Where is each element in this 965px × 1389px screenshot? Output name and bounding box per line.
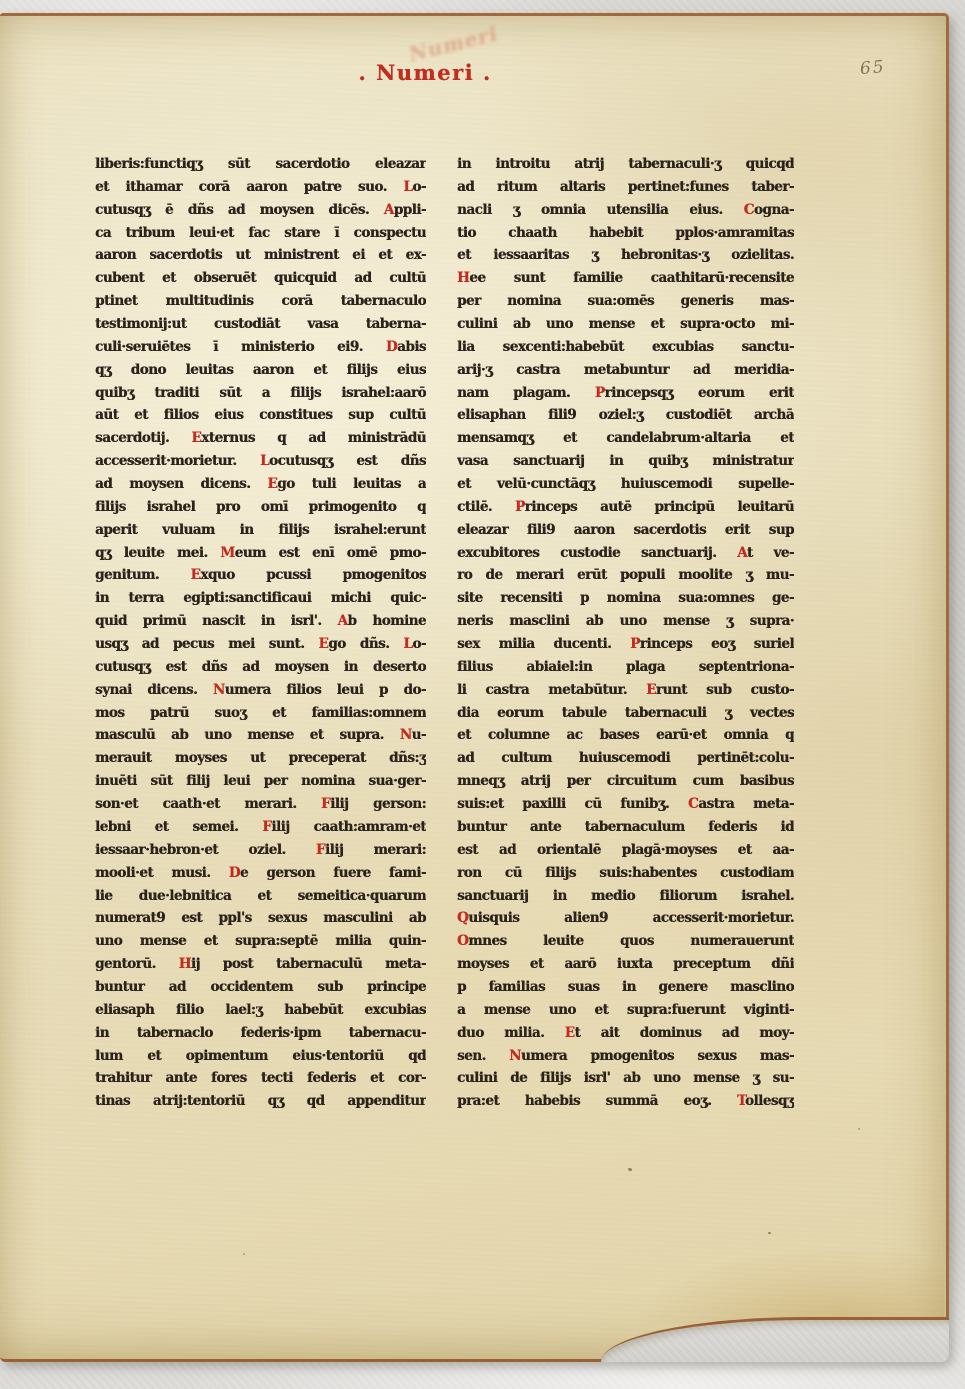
text-line: lum et opimentum eius·tentoriū qd: [95, 1045, 426, 1068]
text-run: abis: [397, 339, 426, 355]
text-run: umera pmogenitos sexus mas-: [521, 1048, 794, 1064]
text-line: et velū·cunctāqʒ huiuscemodi supelle-: [457, 473, 794, 496]
rubricated-initial: D: [229, 865, 240, 881]
running-title: . Numeri .: [300, 60, 550, 85]
text-line: uno mense et supra:septē milia quin-: [95, 930, 426, 953]
text-run: aaron sacerdotis ut ministrent ei et ex-: [95, 247, 426, 263]
rubricated-initial: E: [318, 636, 328, 652]
text-line: iessaar·hebron·et oziel. Filij merari:: [95, 839, 426, 862]
text-run: t ait dominus ad moy-: [575, 1025, 795, 1041]
rubricated-initial: C: [744, 202, 754, 218]
text-line: mooli·et musi. De gerson fuere fami-: [95, 862, 426, 885]
text-line: filius abiaiel:in plaga septentriona-: [457, 656, 794, 679]
text-run: t ve-: [747, 545, 794, 561]
corner-stain: [614, 1239, 944, 1325]
text-run: o-: [412, 636, 426, 652]
text-run: culini ab uno mense et supra·octo mi-: [457, 316, 794, 332]
text-run: in terra egipti:sanctificaui michi quic-: [95, 590, 426, 606]
ink-speck: [768, 1232, 771, 1234]
text-run: inuēti sūt filij leui per nomina sua·ger…: [95, 773, 426, 789]
text-line: buntur ante tabernaculum federis id: [457, 816, 794, 839]
rubricated-initial: E: [267, 476, 277, 492]
text-run: nacli ʒ omnia utensilia eius.: [457, 202, 744, 218]
text-line: sanctuarij in medio filiorum israhel.: [457, 885, 794, 908]
text-run: merauit moyses ut preceperat dñs:ʒ: [95, 750, 426, 766]
text-run: e gerson fuere fami-: [240, 865, 426, 881]
text-run: ilij caath:amram·et: [271, 819, 426, 835]
text-run: dia eorum tabule tabernaculi ʒ vectes: [457, 705, 794, 721]
text-run: ad cultum huiuscemodi pertinēt:colu-: [457, 750, 794, 766]
text-line: sen. Numera pmogenitos sexus mas-: [457, 1045, 794, 1068]
text-run: in introitu atrij tabernaculi·ʒ quicqd: [457, 156, 794, 172]
text-line: numerat9 est ppl's sexus masculini ab: [95, 907, 426, 930]
text-line: ro de merari erūt populi moolite ʒ mu-: [457, 564, 794, 587]
text-column-right: in introitu atrij tabernaculi·ʒ quicqdad…: [457, 153, 794, 1113]
text-run: suis:et paxilli cū funibʒ.: [457, 796, 688, 812]
text-run: uno mense et supra:septē milia quin-: [95, 933, 426, 949]
text-run: testimonij:ut custodiāt vasa taberna-: [95, 316, 426, 332]
text-run: li castra metabūtur.: [457, 682, 646, 698]
text-run: ogna-: [754, 202, 794, 218]
text-run: xternus q ad ministrādū: [201, 430, 426, 446]
text-line: elisaphan fili9 oziel:ʒ custodiēt archā: [457, 404, 794, 427]
text-run: arij·ʒ castra metabuntur ad meridia-: [457, 362, 794, 378]
text-run: a mense uno et supra:fuerunt viginti-: [457, 1002, 794, 1018]
rubricated-initial: O: [457, 933, 468, 949]
text-run: astra meta-: [698, 796, 794, 812]
rubricated-initial: N: [509, 1048, 521, 1064]
text-run: ppli-: [394, 202, 426, 218]
text-run: liberis:functiqʒ sūt sacerdotio eleazar: [95, 156, 426, 172]
text-run: gentorū.: [95, 956, 179, 972]
text-run: et iessaaritas ʒ hebronitas·ʒ ozielitas.: [457, 247, 794, 263]
text-run: lebni et semei.: [95, 819, 262, 835]
text-run: usqʒ ad pecus mei sunt.: [95, 636, 318, 652]
text-line: Quisquis alien9 accesserit·morietur.: [457, 907, 794, 930]
text-run: mooli·et musi.: [95, 865, 229, 881]
text-line: lia sexcenti:habebūt excubias sanctu-: [457, 336, 794, 359]
text-run: rincepsqʒ eorum erit: [605, 385, 794, 401]
ink-speck: [858, 1128, 860, 1130]
text-run: rinceps autē principū leuitarū: [525, 499, 794, 515]
text-line: cubent et obseruēt quicquid ad cultū: [95, 267, 426, 290]
text-run: cutusqʒ est dñs ad moysen in deserto: [95, 659, 426, 675]
rubricated-initial: L: [260, 453, 269, 469]
text-run: accesserit·morietur.: [95, 453, 260, 469]
text-run: quid primū nascit in isrl'.: [95, 613, 337, 629]
text-run: p familias suas in genere masclino: [457, 979, 794, 995]
text-line: p familias suas in genere masclino: [457, 976, 794, 999]
text-run: cutusqʒ ē dñs ad moysen dicēs.: [95, 202, 384, 218]
text-line: aaron sacerdotis ut ministrent ei et ex-: [95, 244, 426, 267]
text-run: rinceps eoʒ suriel: [640, 636, 794, 652]
text-run: runt sub custo-: [656, 682, 794, 698]
text-run: eliasaph filio lael:ʒ habebūt excubias: [95, 1002, 426, 1018]
text-run: pra:et habebis summā eoʒ.: [457, 1093, 737, 1109]
text-run: genitum.: [95, 567, 191, 583]
text-run: lum et opimentum eius·tentoriū qd: [95, 1048, 426, 1064]
text-line: in terra egipti:sanctificaui michi quic-: [95, 587, 426, 610]
text-run: lie due·lebnitica et semeitica·quarum: [95, 888, 426, 904]
text-line: eliasaph filio lael:ʒ habebūt excubias: [95, 999, 426, 1022]
rubricated-initial: A: [384, 202, 394, 218]
text-line: duo milia. Et ait dominus ad moy-: [457, 1022, 794, 1045]
text-run: umera filios leui p do-: [225, 682, 426, 698]
rubricated-initial: Q: [457, 910, 468, 926]
text-line: aūt et filios eius constitues sup cultū: [95, 404, 426, 427]
text-run: nam plagam.: [457, 385, 595, 401]
rubricated-initial: T: [737, 1093, 745, 1109]
text-run: excubitores custodie sanctuarij.: [457, 545, 737, 561]
folio-number: 65: [859, 57, 886, 79]
text-run: tio chaath habebit pplos·amramitas: [457, 225, 794, 241]
text-run: moyses et aarō iuxta preceptum dñi: [457, 956, 794, 972]
text-line: usqʒ ad pecus mei sunt. Ego dñs. Lo-: [95, 633, 426, 656]
text-run: b homine: [347, 613, 426, 629]
text-run: tinas atrij:tentoriū qʒ qd appenditur: [95, 1093, 426, 1109]
text-line: ca tribum leui·et fac stare ī conspectu: [95, 222, 426, 245]
text-line: nam plagam. Princepsqʒ eorum erit: [457, 382, 794, 405]
ink-speck: [243, 1253, 245, 1255]
text-line: moyses et aarō iuxta preceptum dñi: [457, 953, 794, 976]
text-run: go tuli leuitas a: [277, 476, 426, 492]
text-line: accesserit·morietur. Locutusqʒ est dñs: [95, 450, 426, 473]
rubricated-initial: E: [646, 682, 656, 698]
text-run: mnes leuite quos numerauerunt: [468, 933, 794, 949]
rubricated-initial: N: [400, 727, 412, 743]
text-line: mneqʒ atrij per circuitum cum basibus: [457, 770, 794, 793]
text-run: numerat9 est ppl's sexus masculini ab: [95, 910, 426, 926]
text-line: buntur ad occidentem sub principe: [95, 976, 426, 999]
text-line: quibʒ traditi sūt a filijs israhel:aarō: [95, 382, 426, 405]
text-run: culini de filijs isrl' ab uno mense ʒ su…: [457, 1070, 794, 1086]
text-line: culini ab uno mense et supra·octo mi-: [457, 313, 794, 336]
text-run: sanctuarij in medio filiorum israhel.: [457, 888, 794, 904]
text-line: est ad orientalē plagā·moyses et aa-: [457, 839, 794, 862]
text-line: cutusqʒ est dñs ad moysen in deserto: [95, 656, 426, 679]
text-line: et iessaaritas ʒ hebronitas·ʒ ozielitas.: [457, 244, 794, 267]
text-line: filijs israhel pro omī primogenito q: [95, 496, 426, 519]
text-run: filius abiaiel:in plaga septentriona-: [457, 659, 794, 675]
text-run: site recensiti p nomina sua:omnes ge-: [457, 590, 794, 606]
text-run: xquo pcussi pmogenitos: [200, 567, 426, 583]
rubricated-initial: A: [337, 613, 347, 629]
text-line: per nomina sua:omēs generis mas-: [457, 290, 794, 313]
text-run: aperit vuluam in filijs israhel:erunt: [95, 522, 426, 538]
text-run: ilij gerson:: [330, 796, 426, 812]
text-run: buntur ante tabernaculum federis id: [457, 819, 794, 835]
text-line: mos patrū suoʒ et familias:omnem: [95, 702, 426, 725]
text-run: ee sunt familie caathitarū·recensite: [469, 270, 794, 286]
text-line: culini de filijs isrl' ab uno mense ʒ su…: [457, 1067, 794, 1090]
text-run: lia sexcenti:habebūt excubias sanctu-: [457, 339, 794, 355]
text-run: trahitur ante fores tecti federis et cor…: [95, 1070, 426, 1086]
text-line: Omnes leuite quos numerauerunt: [457, 930, 794, 953]
text-run: o-: [412, 179, 426, 195]
text-line: lie due·lebnitica et semeitica·quarum: [95, 885, 426, 908]
text-line: suis:et paxilli cū funibʒ. Castra meta-: [457, 793, 794, 816]
text-line: excubitores custodie sanctuarij. At ve-: [457, 542, 794, 565]
text-run: masculū ab uno mense et supra.: [95, 727, 400, 743]
text-line: culi·seruiētes ī ministerio ei9. Dabis: [95, 336, 426, 359]
text-run: ctilē.: [457, 499, 515, 515]
text-run: sacerdotij.: [95, 430, 191, 446]
text-line: quid primū nascit in isrl'. Ab homine: [95, 610, 426, 633]
rubricated-initial: P: [515, 499, 525, 515]
text-run: culi·seruiētes ī ministerio ei9.: [95, 339, 386, 355]
text-line: testimonij:ut custodiāt vasa taberna-: [95, 313, 426, 336]
text-run: neris masclini ab uno mense ʒ supra·: [457, 613, 794, 629]
text-run: go dñs.: [328, 636, 403, 652]
text-run: cubent et obseruēt quicquid ad cultū: [95, 270, 426, 286]
rubricated-initial: A: [737, 545, 747, 561]
text-line: gentorū. Hij post tabernaculū meta-: [95, 953, 426, 976]
text-line: dia eorum tabule tabernaculi ʒ vectes: [457, 702, 794, 725]
text-run: ro de merari erūt populi moolite ʒ mu-: [457, 567, 794, 583]
text-line: ad moysen dicens. Ego tuli leuitas a: [95, 473, 426, 496]
text-run: vasa sanctuarij in quibʒ ministratur: [457, 453, 794, 469]
text-run: eum est enī omē pmo-: [235, 545, 426, 561]
text-run: per nomina sua:omēs generis mas-: [457, 293, 794, 309]
rubricated-initial: E: [191, 430, 201, 446]
text-run: uisquis alien9 accesserit·morietur.: [468, 910, 794, 926]
text-line: arij·ʒ castra metabuntur ad meridia-: [457, 359, 794, 382]
rubricated-initial: H: [457, 270, 469, 286]
rubricated-initial: C: [688, 796, 698, 812]
text-line: mensamqʒ et candelabrum·altaria et: [457, 427, 794, 450]
text-run: mensamqʒ et candelabrum·altaria et: [457, 430, 794, 446]
rubricated-initial: P: [630, 636, 640, 652]
text-run: et velū·cunctāqʒ huiuscemodi supelle-: [457, 476, 794, 492]
text-run: filijs israhel pro omī primogenito q: [95, 499, 426, 515]
text-run: ollesqʒ: [745, 1093, 794, 1109]
text-line: liberis:functiqʒ sūt sacerdotio eleazar: [95, 153, 426, 176]
text-line: ptinet multitudinis corā tabernaculo: [95, 290, 426, 313]
rubricated-initial: E: [565, 1025, 575, 1041]
text-line: nacli ʒ omnia utensilia eius. Cogna-: [457, 199, 794, 222]
text-line: a mense uno et supra:fuerunt viginti-: [457, 999, 794, 1022]
text-line: tio chaath habebit pplos·amramitas: [457, 222, 794, 245]
rubricated-initial: F: [316, 842, 325, 858]
rubricated-initial: E: [191, 567, 201, 583]
text-line: cutusqʒ ē dñs ad moysen dicēs. Appli-: [95, 199, 426, 222]
rubricated-initial: M: [220, 545, 234, 561]
text-run: ad ritum altaris pertinet:funes taber-: [457, 179, 794, 195]
text-line: ctilē. Princeps autē principū leuitarū: [457, 496, 794, 519]
text-run: duo milia.: [457, 1025, 565, 1041]
text-line: genitum. Exquo pcussi pmogenitos: [95, 564, 426, 587]
rubricated-initial: H: [179, 956, 191, 972]
text-line: vasa sanctuarij in quibʒ ministratur: [457, 450, 794, 473]
text-line: in tabernaclo federis·ipm tabernacu-: [95, 1022, 426, 1045]
text-line: aperit vuluam in filijs israhel:erunt: [95, 519, 426, 542]
manuscript-photo: { "page": { "running_title": ". Numeri .…: [0, 0, 965, 1389]
text-line: lebni et semei. Filij caath:amram·et: [95, 816, 426, 839]
text-run: et columne ac bases earū·et omnia q: [457, 727, 794, 743]
text-line: merauit moyses ut preceperat dñs:ʒ: [95, 747, 426, 770]
text-run: ad moysen dicens.: [95, 476, 267, 492]
text-run: ilij merari:: [325, 842, 426, 858]
text-line: site recensiti p nomina sua:omnes ge-: [457, 587, 794, 610]
text-run: iessaar·hebron·et oziel.: [95, 842, 316, 858]
text-line: tinas atrij:tentoriū qʒ qd appenditur: [95, 1090, 426, 1113]
text-run: ptinet multitudinis corā tabernaculo: [95, 293, 426, 309]
text-line: in introitu atrij tabernaculi·ʒ quicqd: [457, 153, 794, 176]
text-line: Hee sunt familie caathitarū·recensite: [457, 267, 794, 290]
text-line: masculū ab uno mense et supra. Nu-: [95, 724, 426, 747]
text-run: synai dicens.: [95, 682, 213, 698]
text-run: elisaphan fili9 oziel:ʒ custodiēt archā: [457, 407, 794, 423]
text-run: mneqʒ atrij per circuitum cum basibus: [457, 773, 794, 789]
text-run: qʒ dono leuitas aaron et filijs eius: [95, 362, 426, 378]
text-line: ron cū filijs suis:habentes custodiam: [457, 862, 794, 885]
text-run: sex milia ducenti.: [457, 636, 630, 652]
text-run: qʒ leuite mei.: [95, 545, 220, 561]
text-line: inuēti sūt filij leui per nomina sua·ger…: [95, 770, 426, 793]
rubricated-initial: D: [386, 339, 397, 355]
text-line: ad ritum altaris pertinet:funes taber-: [457, 176, 794, 199]
text-run: aūt et filios eius constitues sup cultū: [95, 407, 426, 423]
text-run: u-: [412, 727, 426, 743]
text-run: son·et caath·et merari.: [95, 796, 321, 812]
text-line: et columne ac bases earū·et omnia q: [457, 724, 794, 747]
text-run: eleazar fili9 aaron sacerdotis erit sup: [457, 522, 794, 538]
rubricated-initial: P: [595, 385, 605, 401]
text-line: li castra metabūtur. Erunt sub custo-: [457, 679, 794, 702]
rubricated-initial: F: [262, 819, 271, 835]
text-run: ij post tabernaculū meta-: [191, 956, 426, 972]
text-line: qʒ dono leuitas aaron et filijs eius: [95, 359, 426, 382]
text-line: synai dicens. Numera filios leui p do-: [95, 679, 426, 702]
text-run: ron cū filijs suis:habentes custodiam: [457, 865, 794, 881]
text-line: eleazar fili9 aaron sacerdotis erit sup: [457, 519, 794, 542]
text-run: in tabernaclo federis·ipm tabernacu-: [95, 1025, 426, 1041]
text-line: neris masclini ab uno mense ʒ supra·: [457, 610, 794, 633]
text-run: buntur ad occidentem sub principe: [95, 979, 426, 995]
text-line: sex milia ducenti. Princeps eoʒ suriel: [457, 633, 794, 656]
text-line: pra:et habebis summā eoʒ. Tollesqʒ: [457, 1090, 794, 1113]
text-run: ocutusqʒ est dñs: [269, 453, 426, 469]
text-line: qʒ leuite mei. Meum est enī omē pmo-: [95, 542, 426, 565]
text-line: trahitur ante fores tecti federis et cor…: [95, 1067, 426, 1090]
curled-corner: [601, 1317, 949, 1362]
text-column-left: liberis:functiqʒ sūt sacerdotio eleazare…: [95, 153, 426, 1113]
text-line: sacerdotij. Externus q ad ministrādū: [95, 427, 426, 450]
text-line: et ithamar corā aaron patre suo. Lo-: [95, 176, 426, 199]
text-run: quibʒ traditi sūt a filijs israhel:aarō: [95, 385, 426, 401]
text-run: est ad orientalē plagā·moyses et aa-: [457, 842, 794, 858]
text-run: ca tribum leui·et fac stare ī conspectu: [95, 225, 426, 241]
vellum-page: Numeri . Numeri . 65 liberis:functiqʒ sū…: [0, 13, 949, 1362]
rubricated-initial: F: [321, 796, 330, 812]
text-line: son·et caath·et merari. Filij gerson:: [95, 793, 426, 816]
text-run: mos patrū suoʒ et familias:omnem: [95, 705, 426, 721]
text-line: ad cultum huiuscemodi pertinēt:colu-: [457, 747, 794, 770]
text-run: et ithamar corā aaron patre suo.: [95, 179, 403, 195]
rubricated-initial: N: [213, 682, 225, 698]
text-run: sen.: [457, 1048, 509, 1064]
